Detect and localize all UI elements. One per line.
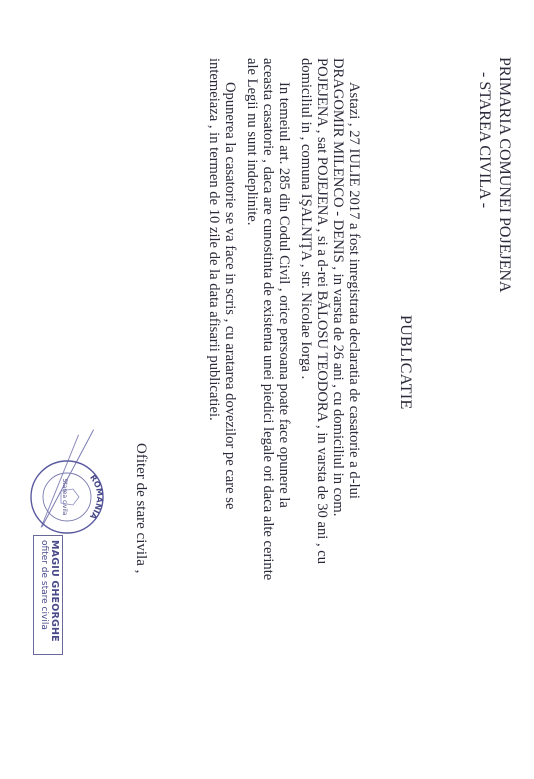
stamp-title: ofiter de stare civila — [38, 540, 49, 650]
body-line: Opunerea la casatorie se va face in scri… — [221, 82, 238, 509]
body-line: ale Legii nu sunt indeplinite. — [243, 58, 260, 225]
signature-stamp: MAGIU GHEORGHE ofiter de stare civila — [33, 535, 63, 655]
body-line: domiciliul in , comuna IŞALNIŢA , str. N… — [297, 58, 314, 379]
body-line: intemeiaza , in termen de 10 zile de la … — [205, 58, 222, 421]
document-title: PUBLICATIE — [396, 315, 414, 410]
body-line: In temeiul art. 285 din Codul Civil , or… — [275, 82, 292, 508]
stamp-country: ROMANIA — [88, 473, 105, 521]
svg-text:ROMANIA: ROMANIA — [88, 473, 105, 521]
body-line: POJEJENA , sat POJEJENA , si a d-rei BĂL… — [313, 58, 330, 564]
document-page: PRIMARIA COMUNEI POJEJENA - STAREA CIVIL… — [0, 0, 534, 779]
institution-name: PRIMARIA COMUNEI POJEJENA — [495, 57, 513, 293]
stamp-center-text: Starea civila — [61, 479, 68, 516]
official-stamp-icon: ROMANIA Starea civila — [29, 455, 109, 540]
stamp-name: MAGIU GHEORGHE — [49, 540, 60, 650]
body-line: DRAGOMIR MILENCO - DENIS , in varsta de … — [329, 58, 346, 516]
department-name: - STAREA CIVILA - — [475, 72, 493, 208]
signer-role: Ofiter de stare civila , — [132, 443, 149, 573]
body-line: Astazi , 27 IULIE 2017 a fost inregistra… — [345, 82, 362, 499]
body-line: aceasta casatorie , daca are cunostinta … — [259, 58, 276, 580]
